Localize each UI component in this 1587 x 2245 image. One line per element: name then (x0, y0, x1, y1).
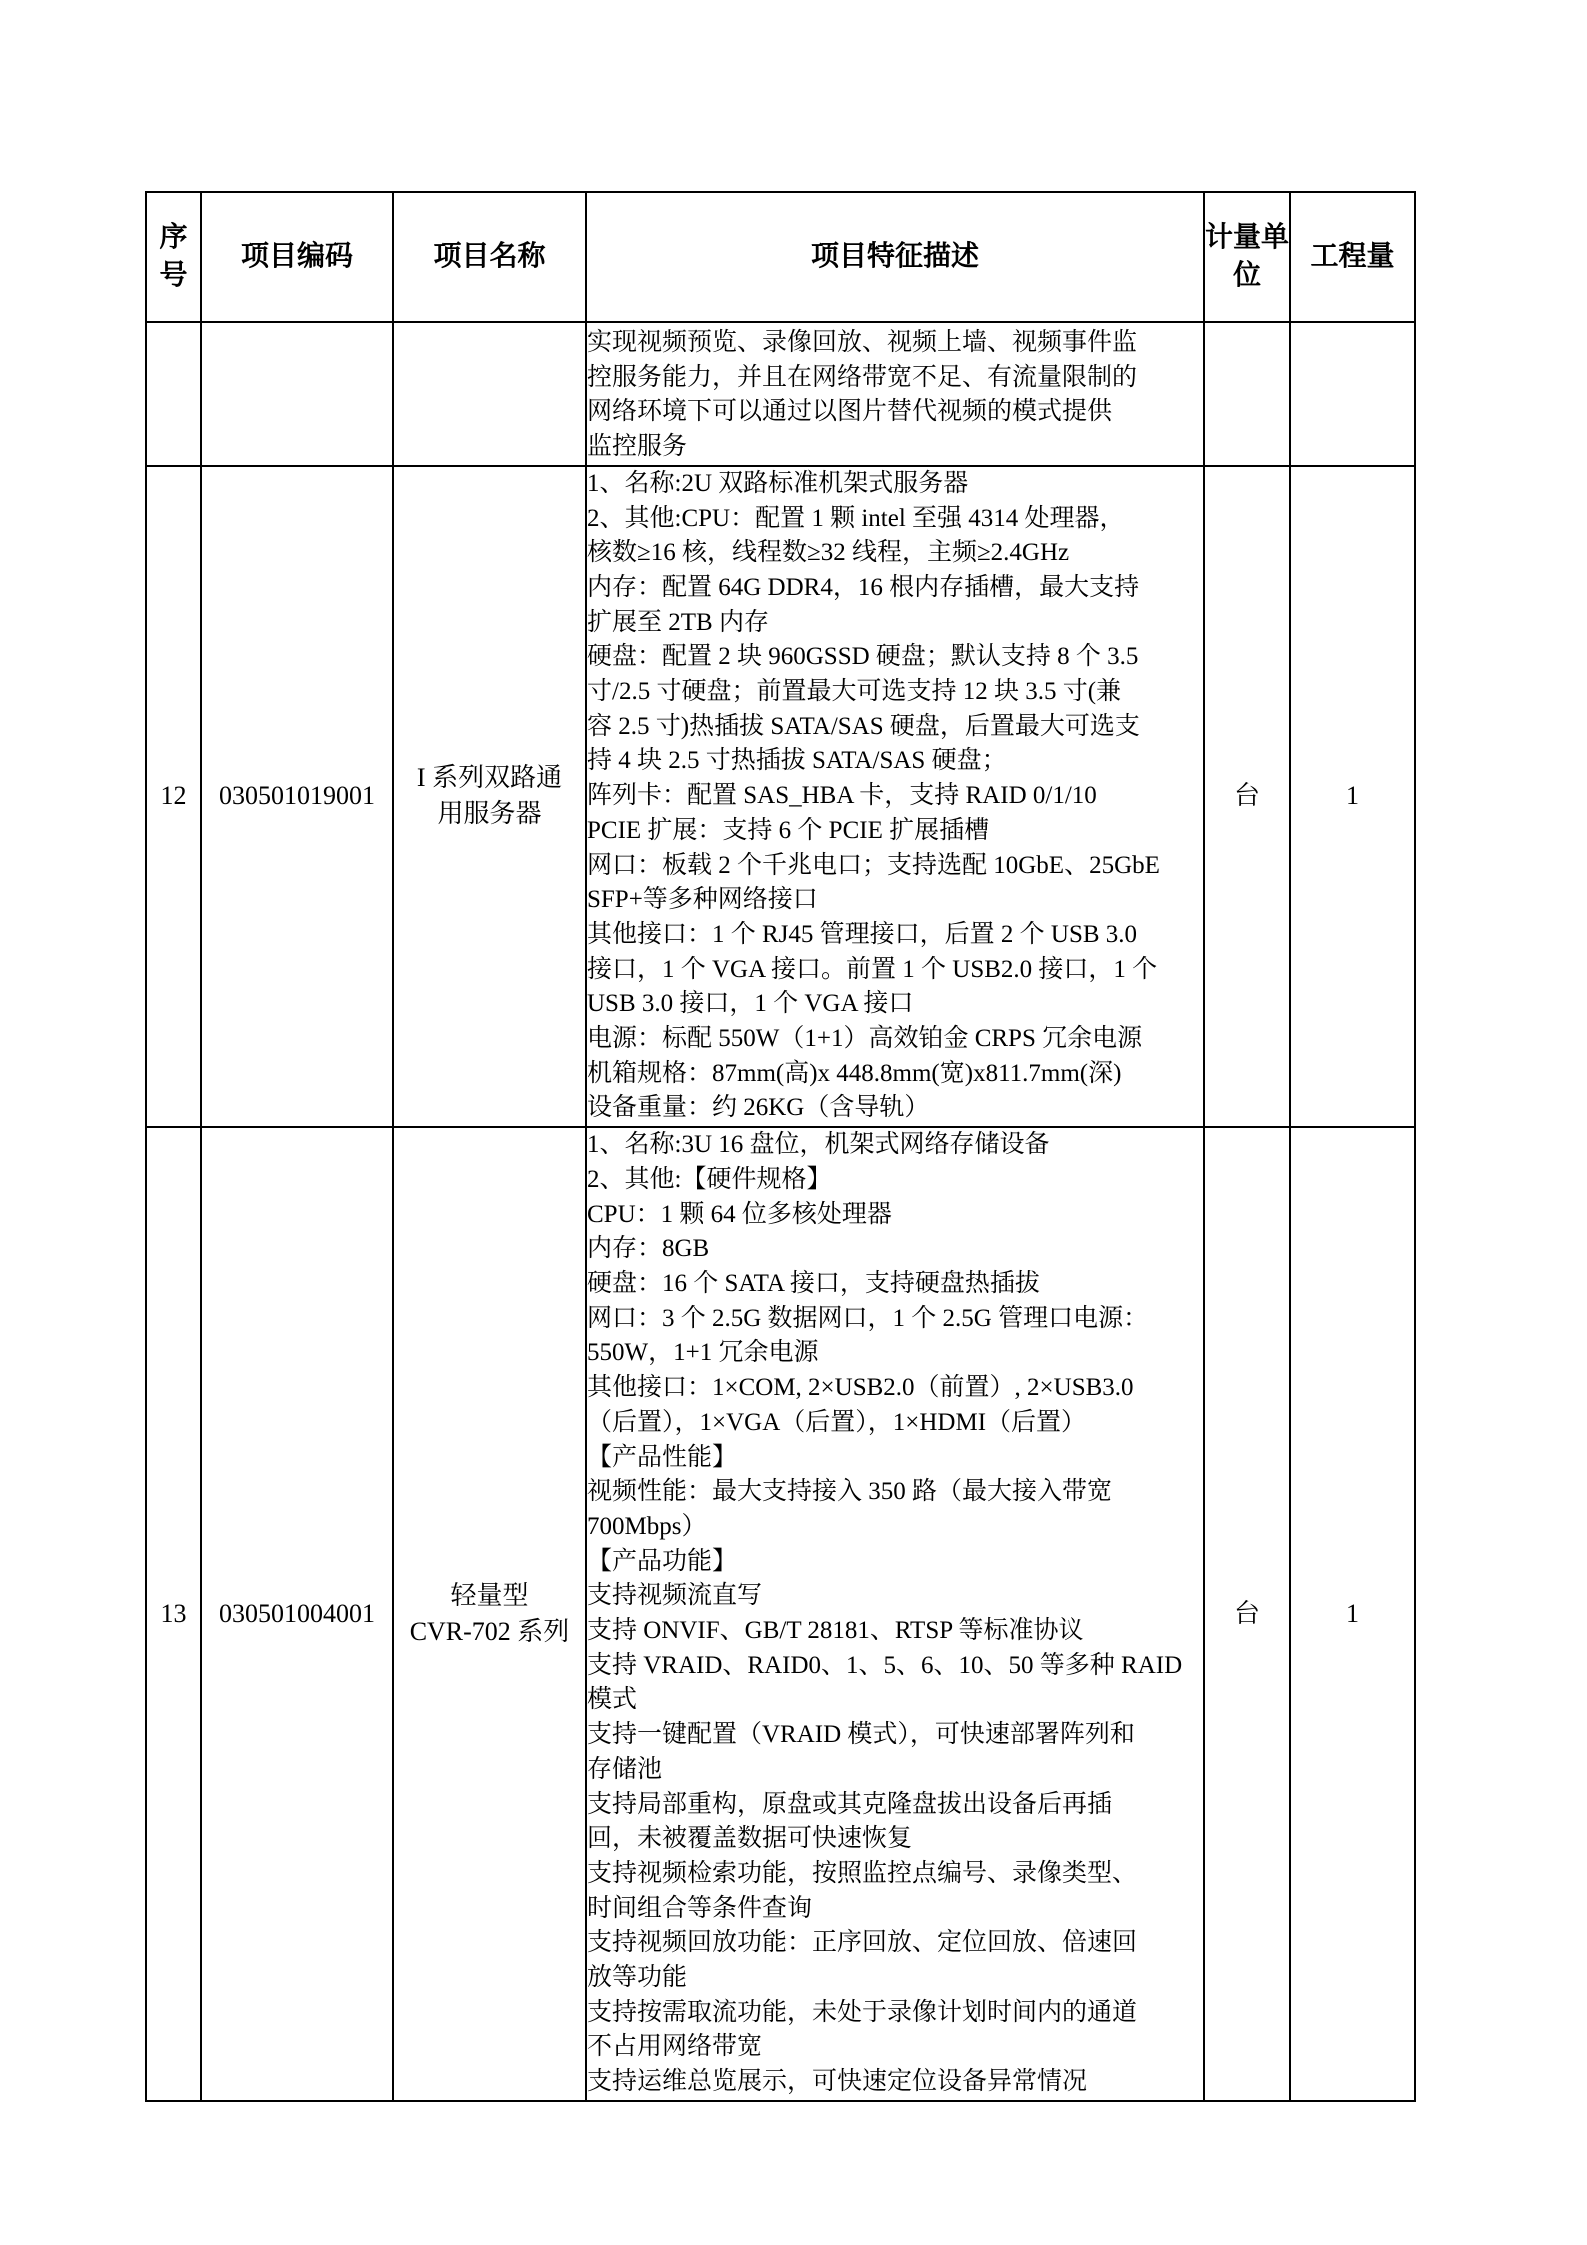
description-cell: 实现视频预览、录像回放、视频上墙、视频事件监 控服务能力，并且在网络带宽不足、有… (586, 322, 1204, 466)
header-quantity: 工程量 (1290, 192, 1415, 322)
document-page: 序号 项目编码 项目名称 项目特征描述 计量单位 工程量 实现视频预览、录像回放… (0, 0, 1587, 2245)
quantity-cell: 1 (1290, 466, 1415, 1127)
header-description: 项目特征描述 (586, 192, 1204, 322)
header-unit: 计量单位 (1204, 192, 1290, 322)
code-cell (201, 322, 393, 466)
boq-table: 序号 项目编码 项目名称 项目特征描述 计量单位 工程量 实现视频预览、录像回放… (145, 191, 1416, 2102)
header-code: 项目编码 (201, 192, 393, 322)
unit-cell (1204, 322, 1290, 466)
unit-cell: 台 (1204, 1127, 1290, 2101)
header-row: 序号 项目编码 项目名称 项目特征描述 计量单位 工程量 (146, 192, 1415, 322)
code-cell: 030501004001 (201, 1127, 393, 2101)
header-seq: 序号 (146, 192, 201, 322)
seq-cell (146, 322, 201, 466)
seq-cell: 13 (146, 1127, 201, 2101)
header-name: 项目名称 (393, 192, 586, 322)
description-cell: 1、名称:2U 双路标准机架式服务器 2、其他:CPU：配置 1 颗 intel… (586, 466, 1204, 1127)
quantity-cell (1290, 322, 1415, 466)
name-cell (393, 322, 586, 466)
unit-cell: 台 (1204, 466, 1290, 1127)
name-cell: 轻量型 CVR-702 系列 (393, 1127, 586, 2101)
quantity-cell: 1 (1290, 1127, 1415, 2101)
code-cell: 030501019001 (201, 466, 393, 1127)
description-cell: 1、名称:3U 16 盘位，机架式网络存储设备 2、其他:【硬件规格】 CPU：… (586, 1127, 1204, 2101)
table-row-13: 13 030501004001 轻量型 CVR-702 系列 1、名称:3U 1… (146, 1127, 1415, 2101)
seq-cell: 12 (146, 466, 201, 1127)
table-row-continuation: 实现视频预览、录像回放、视频上墙、视频事件监 控服务能力，并且在网络带宽不足、有… (146, 322, 1415, 466)
name-cell: I 系列双路通 用服务器 (393, 466, 586, 1127)
table-row-12: 12 030501019001 I 系列双路通 用服务器 1、名称:2U 双路标… (146, 466, 1415, 1127)
